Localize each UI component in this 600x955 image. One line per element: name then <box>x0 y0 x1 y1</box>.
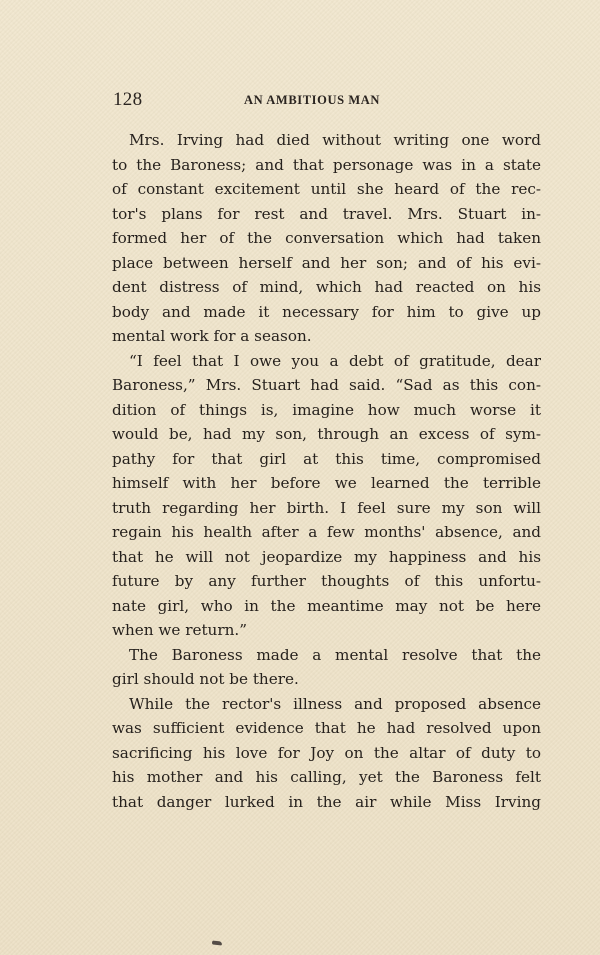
text-line: sacrificing his love for Joy on the alta… <box>112 741 541 766</box>
text-line: to the Baroness; and that personage was … <box>112 153 541 178</box>
text-line: dent distress of mind, which had reacted… <box>112 275 541 300</box>
paragraph: While the rector's illness and proposed … <box>112 692 541 815</box>
text-line: mental work for a season. <box>112 324 541 349</box>
text-line: his mother and his calling, yet the Baro… <box>112 765 541 790</box>
text-line: The Baroness made a mental resolve that … <box>112 643 541 668</box>
text-line: that danger lurked in the air while Miss… <box>112 790 541 815</box>
text-line: tor's plans for rest and travel. Mrs. St… <box>112 202 541 227</box>
text-line: was sufficient evidence that he had reso… <box>112 716 541 741</box>
text-line: formed her of the conversation which had… <box>112 226 541 251</box>
text-line: truth regarding her birth. I feel sure m… <box>112 496 541 521</box>
text-line: Baroness,” Mrs. Stuart had said. “Sad as… <box>112 373 541 398</box>
text-line: would be, had my son, through an excess … <box>112 422 541 447</box>
text-line: place between herself and her son; and o… <box>112 251 541 276</box>
running-head: 128 AN AMBITIOUS MAN <box>113 89 543 111</box>
paragraph: The Baroness made a mental resolve that … <box>112 643 541 692</box>
text-line: nate girl, who in the meantime may not b… <box>112 594 541 619</box>
running-head-title: AN AMBITIOUS MAN <box>244 93 380 108</box>
text-line: that he will not jeopardize my happiness… <box>112 545 541 570</box>
text-line: girl should not be there. <box>112 667 541 692</box>
text-line: regain his health after a few months' ab… <box>112 520 541 545</box>
ink-speck-mark <box>212 940 222 945</box>
text-line: While the rector's illness and proposed … <box>112 692 541 717</box>
text-line: pathy for that girl at this time, compro… <box>112 447 541 472</box>
book-page: 128 AN AMBITIOUS MAN Mrs. Irving had die… <box>0 0 600 955</box>
page-number: 128 <box>113 89 142 111</box>
text-line: of constant excitement until she heard o… <box>112 177 541 202</box>
paragraph: “I feel that I owe you a debt of gratitu… <box>112 349 541 643</box>
paragraph: Mrs. Irving had died without writing one… <box>112 128 541 349</box>
text-line: Mrs. Irving had died without writing one… <box>112 128 541 153</box>
text-line: body and made it necessary for him to gi… <box>112 300 541 325</box>
text-line: dition of things is, imagine how much wo… <box>112 398 541 423</box>
text-line: when we return.” <box>112 618 541 643</box>
text-line: future by any further thoughts of this u… <box>112 569 541 594</box>
text-line: “I feel that I owe you a debt of gratitu… <box>112 349 541 374</box>
body-text: Mrs. Irving had died without writing one… <box>112 128 541 814</box>
text-line: himself with her before we learned the t… <box>112 471 541 496</box>
